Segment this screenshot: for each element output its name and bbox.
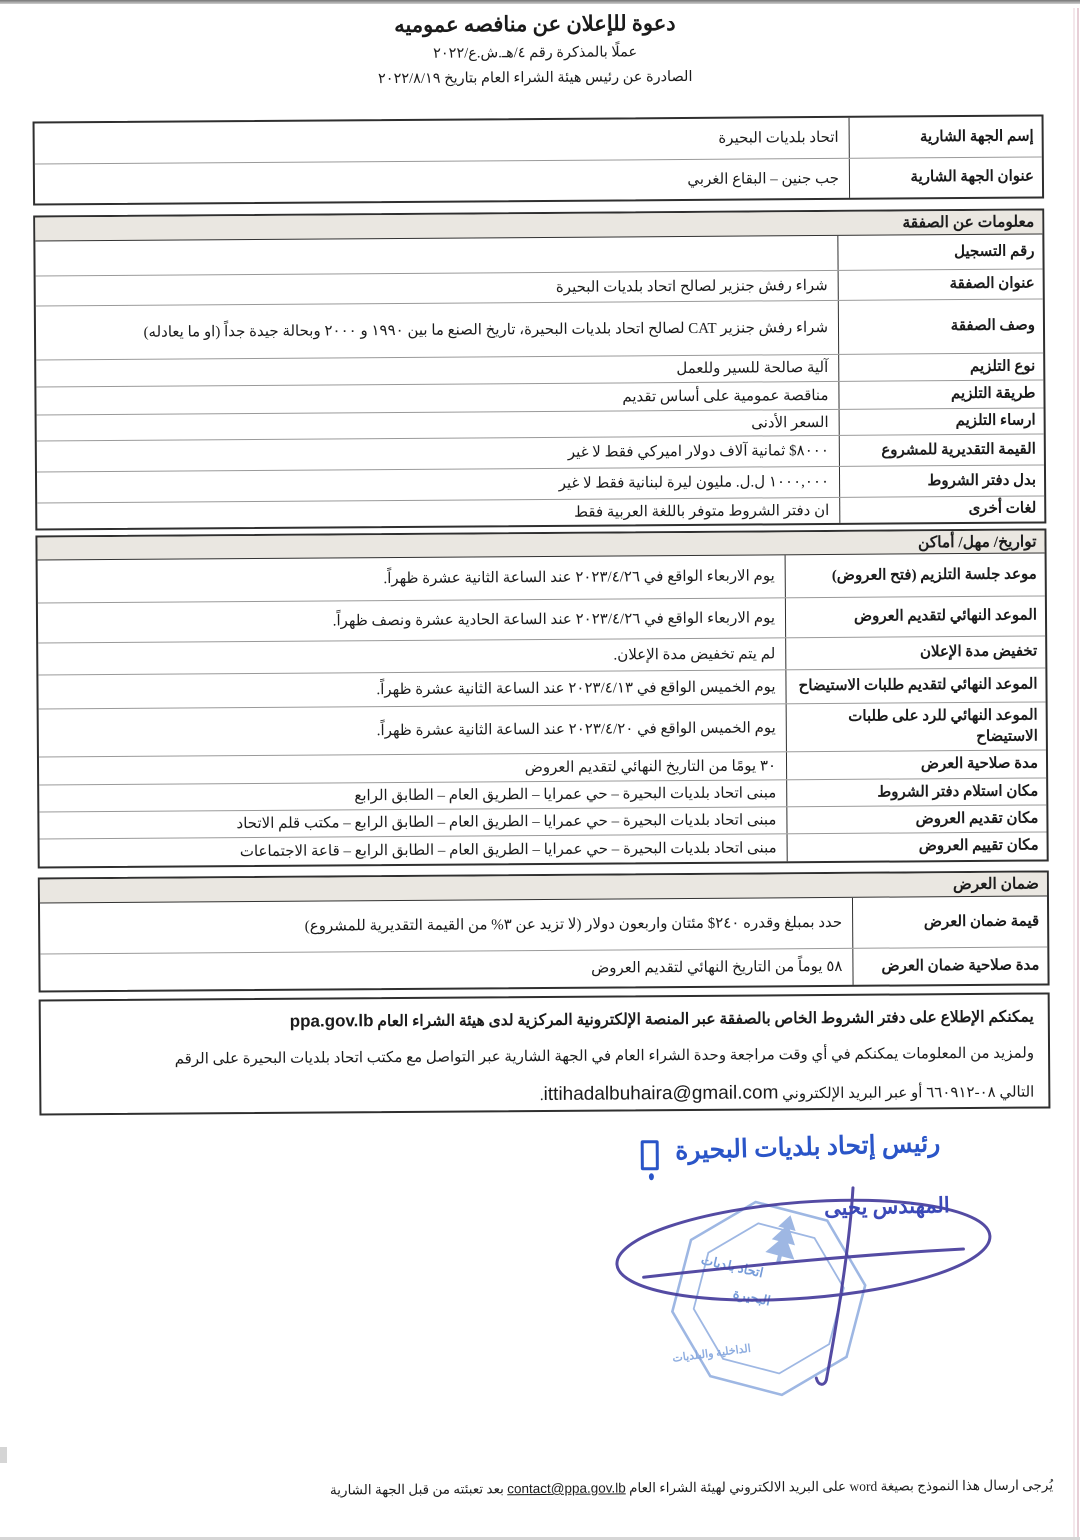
row-value: يوم الخميس الواقع في ٢٠٢٣/٤/٢٠ عند الساع…: [39, 715, 786, 746]
row-value: حدد بمبلغ وقدره ٢٤٠$ مئتان واربعون دولار…: [40, 910, 852, 942]
table-row: عنوان الجهة الشارية جب جنين – البقاع الغ…: [35, 156, 1042, 203]
footer-note: يُرجى ارسال هذا النموذج بصيغة word على ا…: [330, 1477, 1053, 1498]
row-label: طريقة التلزيم: [838, 380, 1043, 408]
info-box: يمكنكم الإطلاع على دفتر الشروط الخاص بال…: [39, 992, 1051, 1115]
info-line-phone-email: التالي ٠٨-٦٦٠٩١٢ أو عبر البريد الإلكترون…: [55, 1073, 1034, 1119]
scan-artifact: [0, 1447, 7, 1463]
table-row: الموعد النهائي لتقديم طلبات الاستيضاح يو…: [38, 667, 1045, 708]
row-label: الموعد النهائي للرد على طلبات الاستيضاح: [786, 702, 1046, 751]
cedar-icon: [764, 1211, 805, 1266]
row-label: ارساء التلزيم: [839, 408, 1044, 434]
row-value: يوم الاربعاء الواقع في ٢٠٢٣/٤/٢٦ عند الس…: [38, 605, 785, 636]
table-row: الموعد النهائي للرد على طلبات الاستيضاح …: [39, 701, 1046, 756]
row-value: لم يتم تخفيض مدة الإعلان.: [38, 641, 785, 672]
row-label: عنوان الجهة الشارية: [849, 157, 1042, 197]
agency-table: إسم الجهة الشارية اتحاد بلديات البحيرة ع…: [33, 114, 1045, 205]
stamp-text-line2: البحيرة: [731, 1286, 771, 1310]
row-value: يوم الخميس الواقع في ٢٠٢٣/٤/١٣ عند الساع…: [38, 674, 785, 705]
memo-reference-line: عملًا بالمذكرة رقم ٤/هـ.ش.ع/٢٠٢٢: [0, 41, 1075, 66]
footer-suffix: بعد تعبئته من قبل الجهة الشارية: [330, 1481, 507, 1497]
row-value: [35, 251, 837, 261]
row-label: الموعد النهائي لتقديم طلبات الاستيضاح: [785, 668, 1045, 703]
ppa-email-link[interactable]: contact@ppa.gov.lb: [507, 1480, 626, 1496]
row-label: نوع التلزيم: [838, 353, 1043, 380]
issued-by-line: الصادرة عن رئيس هيئة الشراء العام بتاريخ…: [0, 66, 1075, 91]
row-label: مدة صلاحية ضمان العرض: [852, 947, 1047, 984]
row-value: ان دفتر الشروط متوفر باللغة العربية فقط: [37, 497, 839, 529]
info-line1-text: يمكنكم الإطلاع على دفتر الشروط الخاص بال…: [373, 1009, 1033, 1031]
stamp-text-line1: اتحاد بلديات: [700, 1252, 765, 1281]
footer-prefix: يُرجى ارسال هذا النموذج بصيغة word على ا…: [626, 1477, 1053, 1495]
row-label: رقم التسجيل: [837, 234, 1042, 269]
row-label: قيمة ضمان العرض: [852, 896, 1047, 947]
stamp-ring-text: الداخلية والبلديات: [672, 1342, 752, 1365]
row-label: موعد جلسة التلزيم (فتح العروض): [785, 553, 1045, 597]
handwriting-flourish: [641, 1140, 659, 1170]
row-value: شراء رفش جنزير CAT لصالح اتحاد بلديات ال…: [36, 314, 838, 346]
row-value: ٥٨ يوماً من التاريخ النهائي لتقديم العرو…: [40, 954, 852, 986]
table-row: مدة صلاحية ضمان العرض ٥٨ يوماً من التاري…: [40, 946, 1047, 990]
row-value: اتحاد بلديات البحيرة: [35, 125, 849, 157]
row-label: إسم الجهة الشارية: [849, 116, 1042, 157]
row-value: ٨٠٠٠$ ثمانية آلاف دولار اميركي فقط لا غي…: [37, 438, 839, 470]
row-value: يوم الاربعاء الواقع في ٢٠٢٣/٤/٢٦ عند الس…: [38, 563, 785, 594]
document-title: دعوة للإعلان عن منافصه عموميه: [0, 8, 1075, 41]
scan-top-edge: [0, 0, 1080, 4]
row-value: مبنى اتحاد بلديات البحيرة – حي عمرايا – …: [40, 835, 787, 866]
phone-text: التالي ٠٨-٦٦٠٩١٢ أو عبر البريد الإلكترون…: [778, 1085, 1034, 1103]
row-value: مبنى اتحاد بلديات البحيرة – حي عمرايا – …: [39, 807, 786, 838]
row-label: مدة صلاحية العرض: [786, 750, 1046, 779]
signer-name-handwriting: المهندس يحيى: [824, 1193, 950, 1221]
union-email-text: ittihadalbuhaira@gmail.com: [544, 1082, 779, 1105]
row-value: مبنى اتحاد بلديات البحيرة – حي عمرايا – …: [39, 780, 786, 811]
row-label: مكان تقديم العروض: [786, 805, 1046, 833]
row-label: مكان تقييم العروض: [787, 832, 1047, 861]
row-value: ٣٠ يومًا من التاريخ النهائي لتقديم العرو…: [39, 753, 786, 784]
ppa-site-text: ppa.gov.lb: [290, 1011, 374, 1031]
table-row: موعد جلسة التلزيم (فتح العروض) يوم الارب…: [38, 553, 1045, 602]
signature-title-handwriting: رئيس إتحاد بلديات البحيرة: [602, 1126, 1013, 1168]
row-label: القيمة التقديرية للمشروع: [839, 434, 1044, 465]
deal-info-table: معلومات عن الصفقة رقم التسجيل عنوان الصف…: [33, 208, 1046, 530]
row-label: الموعد النهائي لتقديم العروض: [785, 596, 1045, 637]
dates-places-table: تواريخ/ مهل/ أماكن موعد جلسة التلزيم (فت…: [35, 528, 1048, 868]
row-label: مكان استلام دفتر الشروط: [786, 778, 1046, 806]
document-header: دعوة للإعلان عن منافصه عموميه عملًا بالم…: [0, 8, 1075, 91]
table-row: إسم الجهة الشارية اتحاد بلديات البحيرة: [35, 116, 1042, 163]
row-label: بدل دفتر الشروط: [839, 465, 1044, 496]
row-label: تخفيض مدة الإعلان: [785, 636, 1045, 669]
row-label: لغات أخرى: [839, 496, 1044, 522]
row-label: وصف الصفقة: [838, 299, 1043, 353]
table-row: قيمة ضمان العرض حدد بمبلغ وقدره ٢٤٠$ مئت…: [40, 896, 1047, 953]
row-value: جب جنين – البقاع الغربي: [35, 165, 849, 197]
table-row: وصف الصفقة شراء رفش جنزير CAT لصالح اتحا…: [36, 298, 1043, 359]
guarantee-table: ضمان العرض قيمة ضمان العرض حدد بمبلغ وقد…: [38, 870, 1050, 992]
row-value: شراء رفش جنزير لصالح اتحاد بلديات البحير…: [36, 272, 838, 304]
row-label: عنوان الصفقة: [838, 269, 1043, 299]
handwriting-flourish-dot: [649, 1173, 654, 1180]
table-row: رقم التسجيل: [35, 234, 1042, 275]
row-value: ١٠٠٠,٠٠٠ ل.ل. مليون ليرة لبنانية فقط لا …: [37, 469, 839, 501]
document-sheet: دعوة للإعلان عن منافصه عموميه عملًا بالم…: [0, 0, 1080, 1540]
scan-right-edge: [1077, 8, 1079, 1540]
table-row: الموعد النهائي لتقديم العروض يوم الاربعا…: [38, 595, 1045, 642]
